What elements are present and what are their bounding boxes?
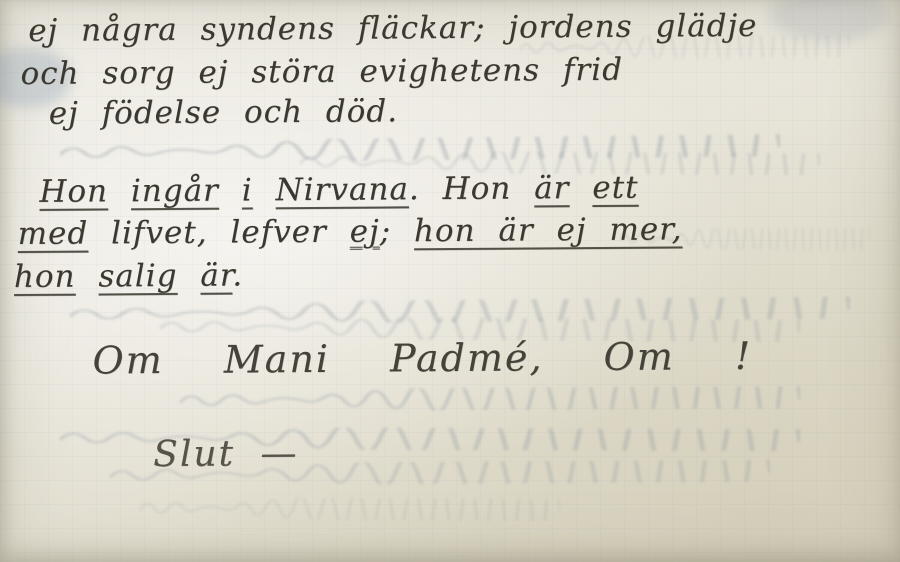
manuscript-page: ej några syndens fläckar; jordens glädje…	[0, 0, 900, 562]
handwritten-word: är	[200, 258, 232, 294]
handwritten-word: lifvet, lefver	[88, 214, 350, 252]
handwritten-word: Nirvana	[275, 171, 409, 208]
manuscript-line: och sorg ej störa evighetens frid	[20, 52, 623, 92]
handwritten-word	[569, 170, 592, 206]
handwritten-word	[253, 172, 276, 208]
handwritten-word: Slut —	[153, 433, 299, 475]
handwritten-word	[108, 173, 131, 209]
handwritten-word: i	[242, 172, 253, 208]
handwritten-word: salig	[98, 258, 177, 295]
handwritten-word: ett	[592, 170, 639, 206]
manuscript-line: Om Mani Padmé, Om !	[92, 334, 752, 383]
handwritten-word: är	[534, 170, 570, 206]
handwritten-word: hon är ej mer,	[414, 211, 683, 249]
manuscript-line: ej några syndens fläckar; jordens glädje	[28, 8, 757, 49]
handwritten-word	[219, 172, 242, 208]
manuscript-line: hon salig är.	[14, 257, 243, 295]
handwritten-word: hon	[14, 259, 76, 295]
manuscript-line: Slut —	[153, 433, 299, 475]
manuscript-line: ej födelse och död.	[49, 93, 398, 131]
handwritten-word: .	[409, 171, 443, 207]
handwritten-word: med	[18, 216, 89, 252]
manuscript-text: ej några syndens fläckar; jordens glädje…	[0, 0, 900, 562]
handwritten-word	[75, 258, 98, 294]
handwritten-word: .	[232, 257, 243, 293]
handwritten-word: ;	[380, 213, 415, 249]
manuscript-line: med lifvet, lefver ej; hon är ej mer,	[18, 211, 683, 252]
manuscript-line: Hon ingår i Nirvana. Hon är ett	[39, 170, 638, 210]
handwritten-word: ej några syndens fläckar; jordens glädje	[28, 8, 757, 49]
handwritten-word: och sorg ej störa evighetens frid	[20, 52, 623, 92]
handwritten-word: Hon	[39, 173, 108, 209]
handwritten-word: Om Mani Padmé, Om !	[92, 334, 752, 383]
handwritten-word: ingår	[131, 173, 219, 210]
handwritten-word	[177, 258, 200, 294]
handwritten-word: ej födelse och död.	[49, 93, 398, 131]
handwritten-word: Hon	[442, 170, 534, 207]
handwritten-word: ej	[350, 213, 380, 249]
